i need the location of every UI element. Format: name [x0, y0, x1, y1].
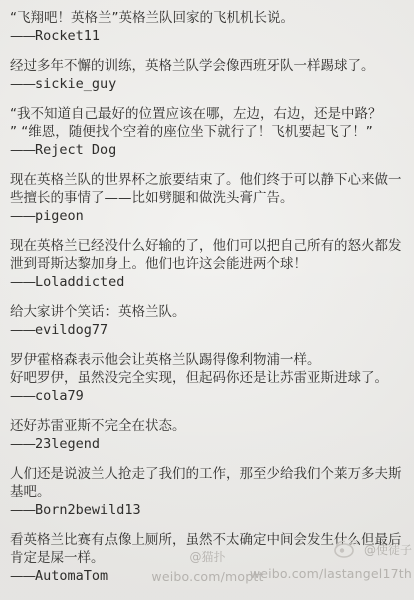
quote-author: pigeon — [35, 208, 84, 224]
quote-attribution: ——Rocket11 — [10, 27, 410, 45]
quote-text: 还好苏雷亚斯不完全在状态。 — [10, 417, 410, 435]
weibo-logo-icon — [332, 537, 360, 564]
attribution-dash: —— — [10, 436, 35, 452]
quote-block: 给大家讲个笑话：英格兰队。 ——evildog77 — [10, 303, 410, 339]
quote-author: Rocket11 — [35, 28, 100, 44]
quote-block: 现在英格兰队的世界杯之旅要结束了。他们终于可以静下心来做一 些擅长的事情了——比… — [10, 171, 410, 225]
quote-author: evildog77 — [35, 322, 108, 338]
quote-text: 经过多年不懈的训练，英格兰队学会像西班牙队一样踢球了。 — [10, 57, 410, 75]
quote-text: 给大家讲个笑话：英格兰队。 — [10, 303, 410, 321]
attribution-dash: —— — [10, 322, 35, 338]
attribution-dash: —— — [10, 388, 35, 404]
quote-author: sickie_guy — [35, 76, 116, 92]
attribution-dash: —— — [10, 208, 35, 224]
quote-attribution: ——cola79 — [10, 387, 410, 405]
quote-attribution: ——evildog77 — [10, 321, 410, 339]
quote-attribution: ——Loladdicted — [10, 273, 410, 291]
quote-text: “飞翔吧！英格兰”英格兰队回家的飞机机长说。 — [10, 9, 410, 27]
quote-attribution: ——pigeon — [10, 207, 410, 225]
quote-block: 还好苏雷亚斯不完全在状态。 ——23legend — [10, 417, 410, 453]
quote-block: 经过多年不懈的训练，英格兰队学会像西班牙队一样踢球了。 ——sickie_guy — [10, 57, 410, 93]
quote-attribution: ——Born2bewild13 — [10, 501, 410, 519]
attribution-dash: —— — [10, 502, 35, 518]
quote-text: 现在英格兰已经没什么好输的了，他们可以把自己所有的怒火都发 泄到哥斯达黎加身上。… — [10, 237, 410, 273]
quote-author: Reject Dog — [35, 142, 116, 158]
watermark-right-handle: @使徒子 — [364, 542, 412, 558]
quote-author: Born2bewild13 — [35, 502, 141, 518]
quote-block: “我不知道自己最好的位置应该在哪，左边，右边，还是中路？ ” “维恩，随便找个空… — [10, 105, 410, 159]
quote-block: “飞翔吧！英格兰”英格兰队回家的飞机机长说。 ——Rocket11 — [10, 9, 410, 45]
quote-author: cola79 — [35, 388, 84, 404]
quote-block: 罗伊霍格森表示他会让英格兰队踢得像利物浦一样。 好吧罗伊，虽然没完全实现，但起码… — [10, 351, 410, 405]
joke-compilation-image: “飞翔吧！英格兰”英格兰队回家的飞机机长说。 ——Rocket11 经过多年不懈… — [0, 0, 414, 600]
quote-block: 现在英格兰已经没什么好输的了，他们可以把自己所有的怒火都发 泄到哥斯达黎加身上。… — [10, 237, 410, 291]
quote-author: Loladdicted — [35, 274, 124, 290]
attribution-dash: —— — [10, 142, 35, 158]
attribution-dash: —— — [10, 568, 35, 584]
attribution-dash: —— — [10, 76, 35, 92]
watermark-right: @使徒子 weibo.com/lastangel17th — [237, 538, 412, 582]
quote-attribution: ——sickie_guy — [10, 75, 410, 93]
attribution-dash: —— — [10, 28, 35, 44]
quote-block: 人们还是说波兰人抢走了我们的工作，那至少给我们个莱万多夫斯 基吧。 ——Born… — [10, 465, 410, 519]
quote-text: 罗伊霍格森表示他会让英格兰队踢得像利物浦一样。 好吧罗伊，虽然没完全实现，但起码… — [10, 351, 410, 387]
quote-text: 现在英格兰队的世界杯之旅要结束了。他们终于可以静下心来做一 些擅长的事情了——比… — [10, 171, 410, 207]
quote-text: 人们还是说波兰人抢走了我们的工作，那至少给我们个莱万多夫斯 基吧。 — [10, 465, 410, 501]
quote-author: 23legend — [35, 436, 100, 452]
attribution-dash: —— — [10, 274, 35, 290]
quote-text: “我不知道自己最好的位置应该在哪，左边，右边，还是中路？ ” “维恩，随便找个空… — [10, 105, 410, 141]
quote-attribution: ——Reject Dog — [10, 141, 410, 159]
watermark-right-url: weibo.com/lastangel17th — [237, 566, 412, 582]
quote-author: AutomaTom — [35, 568, 108, 584]
quote-attribution: ——23legend — [10, 435, 410, 453]
